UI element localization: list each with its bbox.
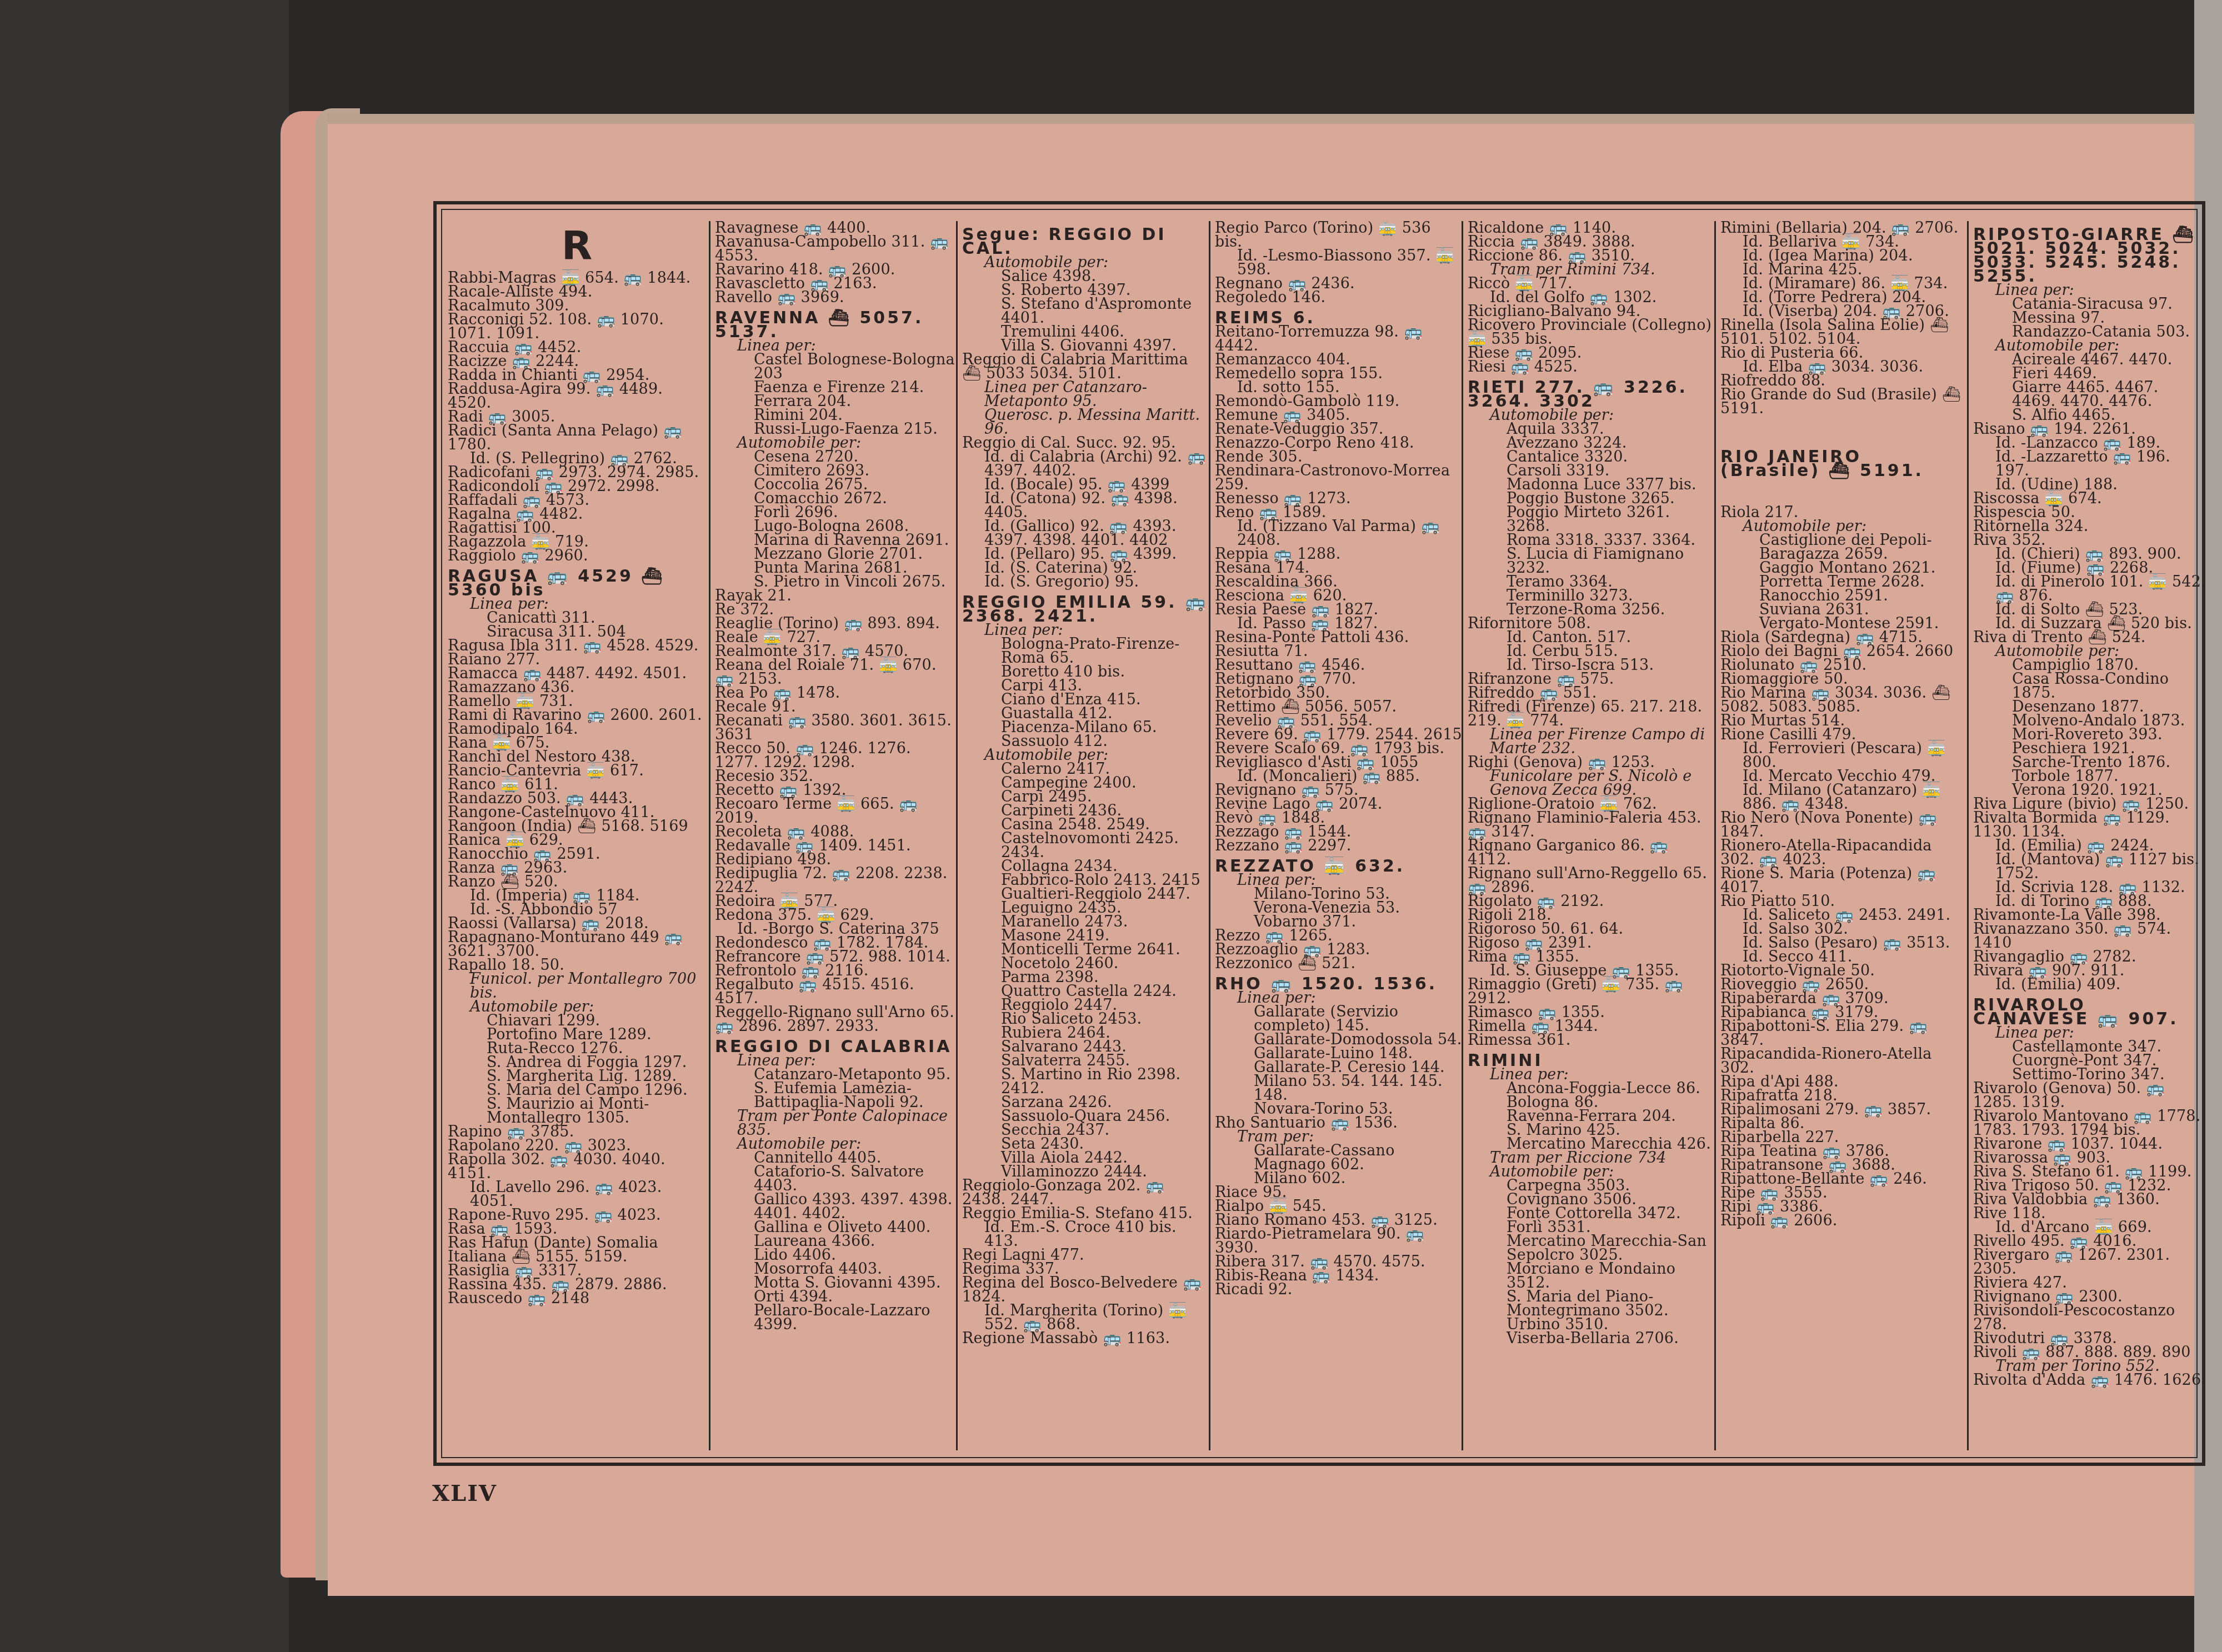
background-left bbox=[0, 0, 289, 1652]
index-entry: Gallarate (Servizio completo) 145. bbox=[1215, 1005, 1462, 1033]
index-column-1: R Rabbi-Magras 🚋 654. 🚌 1844.Racale-Alli… bbox=[448, 221, 706, 1450]
index-column-6: Rimini (Bellaria) 204. 🚌 2706.Id. Bellar… bbox=[1714, 221, 1968, 1450]
index-entry: Regio Parco (Torino) 🚋 536 bis. bbox=[1215, 221, 1462, 249]
index-entry: Milano 53. 54. 144. 145. 148. bbox=[1215, 1074, 1462, 1102]
index-entry: S. Stefano d'Aspromonte 4401. bbox=[962, 297, 1209, 325]
index-heading: RIO JANEIRO (Brasile) ⛴ 5191. bbox=[1720, 450, 1968, 478]
index-entry: Ricovero Provinciale (Collegno) 🚋 535 bi… bbox=[1468, 318, 1715, 346]
index-entry: Rifredi (Firenze) 65. 217. 218. 219. 🚋 7… bbox=[1468, 700, 1715, 728]
index-entry: Rione S. Maria (Potenza) 🚌 4017. bbox=[1720, 867, 1968, 894]
index-entry: Id. Margherita (Torino) 🚋 552. 🚌 868. bbox=[962, 1304, 1209, 1331]
index-entry: Rignano sull'Arno-Reggello 65. 🚌 2896. bbox=[1468, 867, 1715, 894]
index-entry: Id. (Tizzano Val Parma) 🚌 2408. bbox=[1215, 519, 1462, 547]
index-entry: Funicol. per Montallegro 700 bis. bbox=[448, 972, 706, 1000]
index-entry: Ravello 🚌 3969. bbox=[715, 291, 957, 304]
index-entry: Id. Milano (Catanzaro) 🚋 886. 🚌 4348. bbox=[1720, 783, 1968, 811]
index-entry: Ripacandida-Rionero-Atella 302. bbox=[1720, 1047, 1968, 1075]
index-entry: Id. (Emilia) 409. bbox=[1973, 978, 2206, 992]
index-entry: Reggio di Calabria Marittima ⛴ 5033 5034… bbox=[962, 353, 1209, 381]
index-entry: Rapolla 302. 🚌 4030. 4040. 4151. bbox=[448, 1153, 706, 1180]
index-entry: Castiglione dei Pepoli-Baragazza 2659. bbox=[1720, 533, 1968, 561]
index-entry: Id. (Catona) 92. 🚌 4398. 4405. bbox=[962, 492, 1209, 519]
index-entry: Rionero-Atella-Ripacandida 302. 🚌 4023. bbox=[1720, 839, 1968, 867]
index-entry: Rignano Garganico 86. 🚌 4112. bbox=[1468, 839, 1715, 867]
index-entry: Raggiolo 🚌 2960. bbox=[448, 549, 706, 563]
index-column-4: Regio Parco (Torino) 🚋 536 bis.Id. -Lesm… bbox=[1209, 221, 1462, 1450]
index-frame: R Rabbi-Magras 🚋 654. 🚌 1844.Racale-Alli… bbox=[433, 201, 2205, 1466]
index-entry: Riardo-Pietramelara 90. 🚌 3930. bbox=[1215, 1227, 1462, 1255]
index-entry: Casa Rossa-Condino 1875. bbox=[1973, 672, 2206, 700]
index-entry: Recanati 🚌 3580. 3601. 3615. 3631 bbox=[715, 714, 957, 742]
index-entry: Linea per Firenze Campo di Marte 232. bbox=[1468, 728, 1715, 755]
index-entry: Gallarate-Cassano Magnago 602. bbox=[1215, 1144, 1462, 1172]
index-entry: Rimaggio (Greti) 🚋 735. 🚌 2912. bbox=[1468, 978, 1715, 1005]
index-entry: Rezzonico ⛴ 521. bbox=[1215, 957, 1462, 970]
index-entry: Gallico 4393. 4397. 4398. 4401. 4402. bbox=[715, 1193, 957, 1220]
section-letter: R bbox=[448, 223, 706, 268]
index-entry bbox=[1720, 415, 1968, 443]
index-heading: REGGIO EMILIA 59. 🚌 2368. 2421. bbox=[962, 595, 1209, 623]
index-entry: Castel Bolognese-Bologna 203 bbox=[715, 353, 957, 381]
index-entry: Castelnovomonti 2425. 2434. bbox=[962, 832, 1209, 859]
index-entry: Rivergaro 🚌 1267. 2301. 2305. bbox=[1973, 1248, 2206, 1276]
index-entry: Rivalta Bormida 🚌 1129. 1130. 1134. bbox=[1973, 811, 2206, 839]
index-entry: Ripoli 🚌 2606. bbox=[1720, 1214, 1968, 1228]
index-entry: Regina del Bosco-Belvedere 🚌 1824. bbox=[962, 1276, 1209, 1304]
index-entry: Bologna-Prato-Firenze-Roma 65. bbox=[962, 637, 1209, 665]
index-entry: Rivanazzano 350. 🚌 574. 1410 bbox=[1973, 922, 2206, 950]
index-entry: Reggiolo-Gonzaga 202. 🚌 2438. 2447. bbox=[962, 1179, 1209, 1207]
index-entry: Regoledo 146. bbox=[1215, 291, 1462, 304]
index-entry: Rivolta d'Adda 🚌 1476. 1626. bbox=[1973, 1373, 2206, 1387]
index-entry: Ricadi 92. bbox=[1215, 1283, 1462, 1296]
index-column-5: Ricaldone 🚌 1140.Riccia 🚌 3849. 3888.Ric… bbox=[1462, 221, 1715, 1450]
index-entry: Boretto 410 bis. bbox=[962, 665, 1209, 679]
index-entry: Id. (S. Gregorio) 95. bbox=[962, 575, 1209, 589]
index-entry: Cataforio-S. Salvatore 4403. bbox=[715, 1165, 957, 1193]
index-entry: Rivisondoli-Pescocostanzo 278. bbox=[1973, 1304, 2206, 1331]
index-heading: RIPOSTO-GIARRE ⛴ 5021. 5024. 5032. 5033.… bbox=[1973, 228, 2206, 283]
index-entry: Racconigi 52. 108. 🚌 1070. 1071. 1091. bbox=[448, 313, 706, 341]
index-entry: Viserba-Bellaria 2706. bbox=[1468, 1331, 1715, 1345]
index-entry: Rivarolo (Genova) 50. 🚌 1285. 1319. bbox=[1973, 1082, 2206, 1109]
index-entry: Regalbuto 🚌 4515. 4516. 4517. bbox=[715, 978, 957, 1005]
index-entry: Linea per Catanzaro-Metaponto 95. bbox=[962, 381, 1209, 408]
index-entry: Fonte Cottorella 3472. bbox=[1468, 1207, 1715, 1220]
index-entry: Secchia 2437. bbox=[962, 1123, 1209, 1137]
index-entry: Rio Marina 🚌 3034. 3036. ⛴ 5082. 5083. 5… bbox=[1720, 686, 1968, 714]
index-entry: Rinella (Isola Salina Eolie) ⛴ 5101. 510… bbox=[1720, 318, 1968, 346]
index-entry: Reana del Roiale 71. 🚋 670. 🚌 2153. bbox=[715, 658, 957, 686]
index-entry: Id. di Pinerolo 101. 🚋 542. 🚌 876. bbox=[1973, 575, 2206, 603]
index-entry: S. Eufemia Lamezia-Battipaglia-Napoli 92… bbox=[715, 1082, 957, 1109]
index-entry: S. Martino in Rio 2398. 2412. bbox=[962, 1068, 1209, 1095]
index-entry: Radici (Santa Anna Pelago) 🚌 1780. bbox=[448, 424, 706, 452]
index-entry: Id. (Mantova) 🚌 1127 bis. 1752. bbox=[1973, 853, 2206, 880]
index-entry: Rivarolo Mantovano 🚌 1778. 1783. 1793. 1… bbox=[1973, 1109, 2206, 1137]
index-entry: Riesi 🚌 4525. bbox=[1468, 360, 1715, 374]
index-entry: Rio Grande do Sud (Brasile) ⛴ 5191. bbox=[1720, 388, 1968, 415]
index-entry: Motta S. Giovanni 4395. bbox=[715, 1276, 957, 1290]
index-entry: Recco 50. 🚌 1246. 1276. 1277. 1292. 1298… bbox=[715, 742, 957, 769]
index-entry: Id. (Gallico) 92. 🚌 4393. 4397. 4398. 44… bbox=[962, 519, 1209, 547]
index-entry: Redipuglia 72. 🚌 2208. 2238. 2242. bbox=[715, 867, 957, 894]
index-entry: Raddusa-Agira 99. 🚌 4489. 4520. bbox=[448, 382, 706, 410]
index-entry: Rendinara-Castronovo-Morrea 259. bbox=[1215, 464, 1462, 492]
index-frame-inner: R Rabbi-Magras 🚋 654. 🚌 1844.Racale-Alli… bbox=[441, 209, 2198, 1458]
index-entry: Rignano Flaminio-Faleria 453. 🚌 3147. bbox=[1468, 811, 1715, 839]
index-entry: Id. -Lesmo-Biassono 357. 🚋 598. bbox=[1215, 249, 1462, 277]
index-entry: S. Maria del Piano-Montegrimano 3502. bbox=[1468, 1290, 1715, 1318]
index-entry: Id. Em.-S. Croce 410 bis. 413. bbox=[962, 1220, 1209, 1248]
index-entry: Recoaro Terme 🚋 665. 🚌 2019. bbox=[715, 797, 957, 825]
index-entry: Querosc. p. Messina Maritt. 96. bbox=[962, 408, 1209, 436]
page-folio: XLIV bbox=[432, 1480, 497, 1506]
index-heading: RAVENNA ⛴ 5057. 5137. bbox=[715, 311, 957, 339]
index-entry: Id. -Lazzaretto 🚌 196. 197. bbox=[1973, 450, 2206, 478]
index-entry: Ravanusa-Campobello 311. 🚌 4553. bbox=[715, 235, 957, 263]
index-entry: Rio Nero (Nova Ponente) 🚌 1847. bbox=[1720, 811, 1968, 839]
index-column-7: RIPOSTO-GIARRE ⛴ 5021. 5024. 5032. 5033.… bbox=[1967, 221, 2206, 1450]
index-heading: RIETI 277. 🚌 3226. 3264. 3302 bbox=[1468, 381, 1715, 408]
index-entry: Rezzano 🚌 2297. bbox=[1215, 839, 1462, 853]
index-entry: S. Lucia di Fiamignano 3232. bbox=[1468, 547, 1715, 575]
index-entry: Id. di Calabria (Archi) 92. 🚌 4397. 4402… bbox=[962, 450, 1209, 478]
index-heading: RAGUSA 🚌 4529 ⛴ 5360 bis bbox=[448, 569, 706, 597]
index-column-2: Ravagnese 🚌 4400.Ravanusa-Campobello 311… bbox=[709, 221, 957, 1450]
index-entry: Giarre 4465. 4467. 4469. 4470. 4476. bbox=[1973, 381, 2206, 408]
index-entry: Ripabottoni-S. Elia 279. 🚌 3847. bbox=[1720, 1019, 1968, 1047]
index-entry: Regione Massabò 🚌 1163. bbox=[962, 1331, 1209, 1345]
index-entry: Id. Ferrovieri (Pescara) 🚋 800. bbox=[1720, 742, 1968, 769]
index-heading: Segue: REGGIO DI CAL. bbox=[962, 228, 1209, 256]
index-entry: Morciano e Mondaino 3512. bbox=[1468, 1262, 1715, 1290]
index-entry: Ras Hafun (Dante) Somalia Italiana ⛴ 515… bbox=[448, 1236, 706, 1264]
index-entry: Funicolare per S. Nicolò e Genova Zecca … bbox=[1468, 769, 1715, 797]
index-entry: Poggio Mirteto 3261. 3268. bbox=[1468, 505, 1715, 533]
index-entry: Rauscedo 🚌 2148 bbox=[448, 1291, 706, 1305]
index-entry bbox=[1720, 478, 1968, 505]
index-column-3: Segue: REGGIO DI CAL.Automobile per:Sali… bbox=[956, 221, 1209, 1450]
index-entry: Rimessa 361. bbox=[1468, 1033, 1715, 1047]
index-entry: Reggello-Rignano sull'Arno 65. 🚌 2896. 2… bbox=[715, 1005, 957, 1033]
index-entry: S. Maurizio ai Monti-Montallegro 1305. bbox=[448, 1097, 706, 1125]
index-heading: RIVAROLO CANAVESE 🚌 907. bbox=[1973, 998, 2206, 1026]
index-entry: Pellaro-Bocale-Lazzaro 4399. bbox=[715, 1304, 957, 1331]
index-entry: Rapagnano-Monturano 449 🚌 3621. 3700. bbox=[448, 930, 706, 958]
index-entry: Mercatino Marecchia-San Sepolcro 3025. bbox=[1468, 1234, 1715, 1262]
index-entry: Tram per Ponte Calopinace 835. bbox=[715, 1109, 957, 1137]
index-entry: Id. Lavello 296. 🚌 4023. 4051. bbox=[448, 1180, 706, 1208]
index-entry: Reitano-Torremuzza 98. 🚌 4442. bbox=[1215, 325, 1462, 353]
